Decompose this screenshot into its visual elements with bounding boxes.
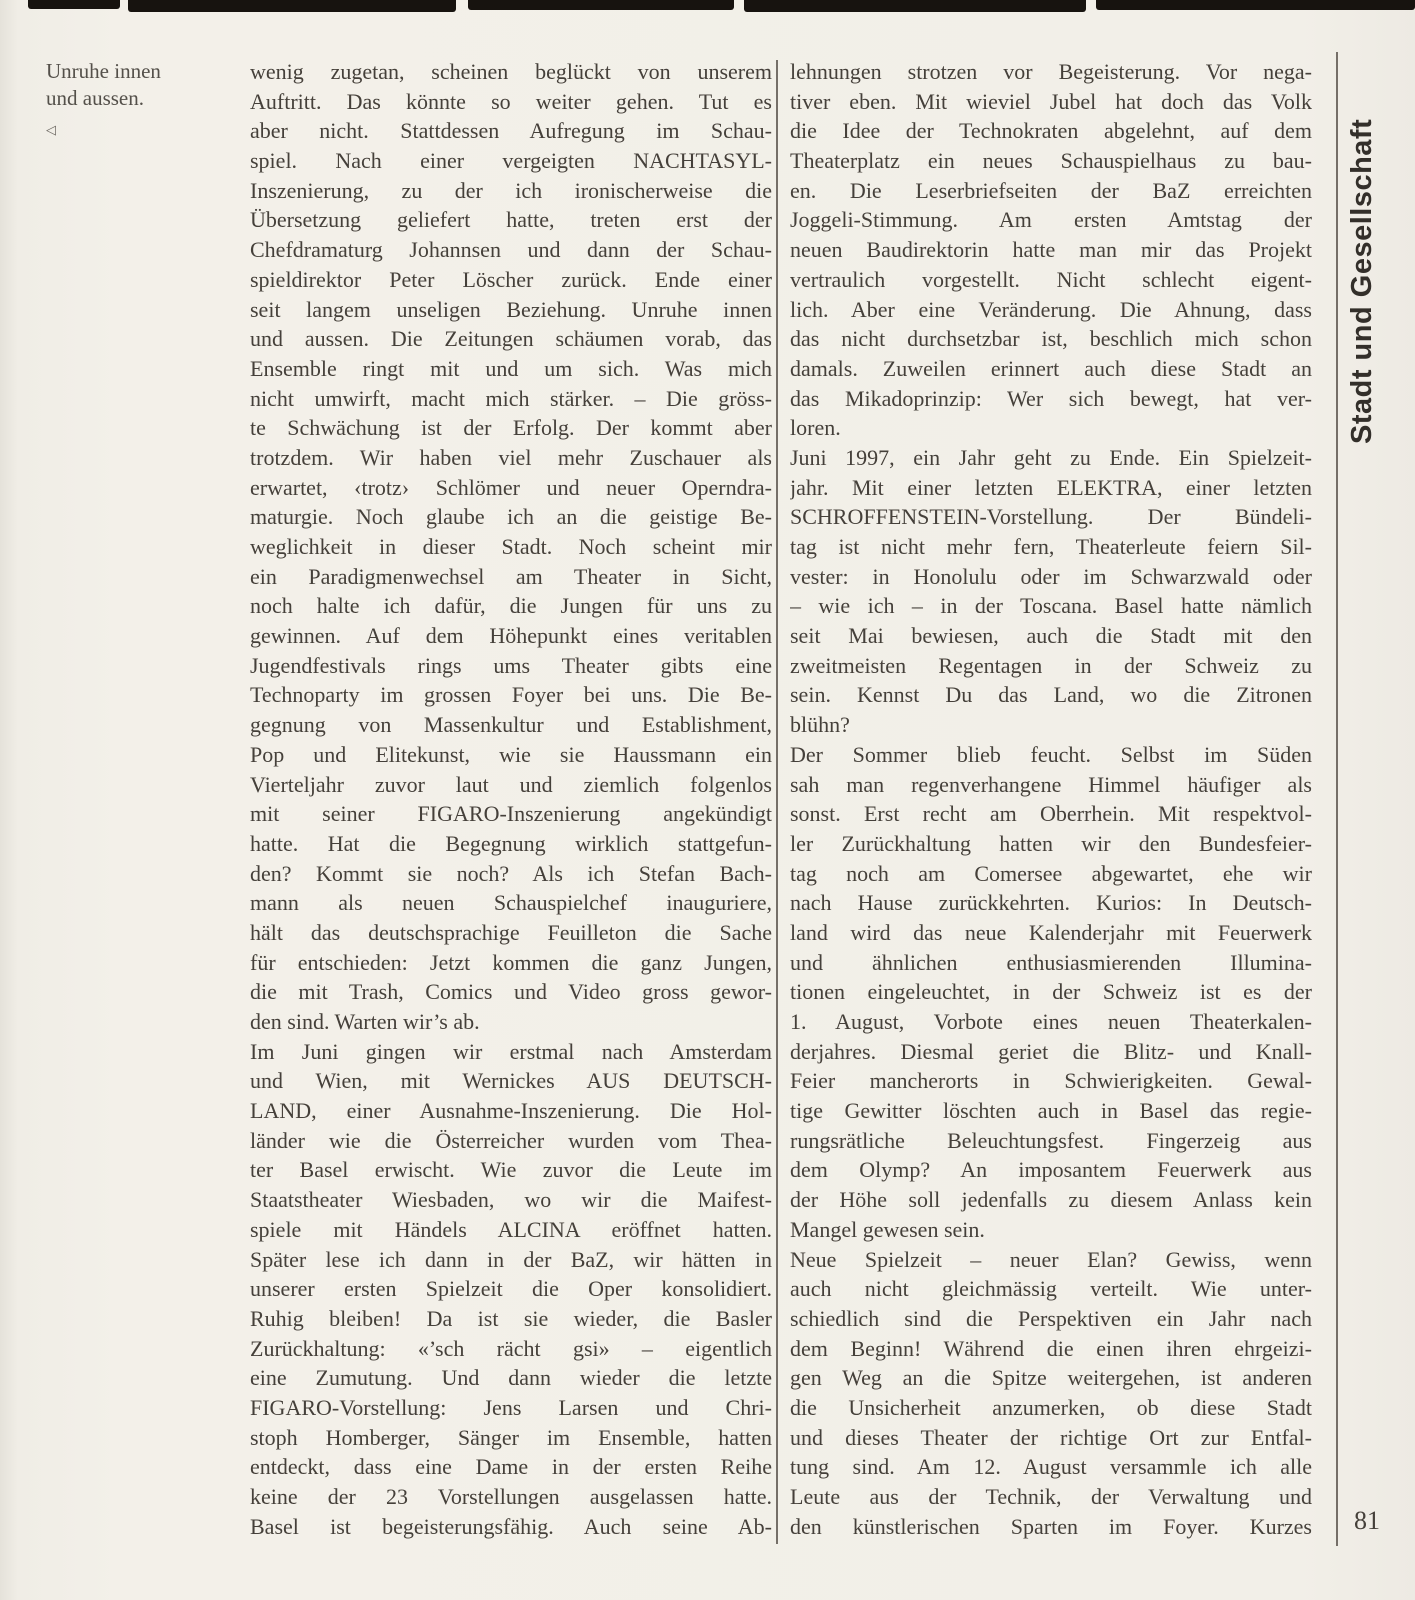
text-line: das Mikadoprinzip: Wer sich bewegt, hat …: [790, 384, 1312, 414]
text-line: die Idee der Technokraten abgelehnt, auf…: [790, 116, 1312, 146]
scan-edge-artifact: [0, 0, 1415, 14]
text-line: Ruhig bleiben! Da ist sie wieder, die Ba…: [250, 1304, 772, 1334]
text-line: Im Juni gingen wir erstmal nach Amsterda…: [250, 1037, 772, 1067]
text-line: spiele mit Händels ALCINA eröffnet hatte…: [250, 1215, 772, 1245]
text-line: spieldirektor Peter Löscher zurück. Ende…: [250, 265, 772, 295]
text-line: sonst. Erst recht am Oberrhein. Mit resp…: [790, 799, 1312, 829]
text-line: Mangel gewesen sein.: [790, 1215, 1312, 1245]
margin-note-line: und aussen.: [46, 85, 241, 112]
text-line: ein Paradigmenwechsel am Theater in Sich…: [250, 562, 772, 592]
text-line: SCHROFFENSTEIN-Vorstellung. Der Bündeli-: [790, 502, 1312, 532]
text-line: für entschieden: Jetzt kommen die ganz J…: [250, 948, 772, 978]
text-line: – wie ich – in der Toscana. Basel hatte …: [790, 591, 1312, 621]
text-line: lich. Aber eine Veränderung. Die Ahnung,…: [790, 295, 1312, 325]
text-line: rungsrätliche Beleuchtungsfest. Fingerze…: [790, 1126, 1312, 1156]
text-line: Leute aus der Technik, der Verwaltung un…: [790, 1482, 1312, 1512]
text-line: mann als neuen Schauspielchef inaugurier…: [250, 888, 772, 918]
text-line: en. Die Leserbriefseiten der BaZ erreich…: [790, 176, 1312, 206]
text-line: trotzdem. Wir haben viel mehr Zuschauer …: [250, 443, 772, 473]
text-line: neuen Baudirektorin hatte man mir das Pr…: [790, 235, 1312, 265]
text-line: tag ist nicht mehr fern, Theaterleute fe…: [790, 532, 1312, 562]
text-line: Feier mancherorts in Schwierigkeiten. Ge…: [790, 1066, 1312, 1096]
text-line: Zurückhaltung: «’sch rächt gsi» – eigent…: [250, 1334, 772, 1364]
text-line: Basel ist begeisterungsfähig. Auch seine…: [250, 1512, 772, 1542]
text-line: tung sind. Am 12. August versammle ich a…: [790, 1452, 1312, 1482]
text-line: mit seiner FIGARO-Inszenierung angekündi…: [250, 799, 772, 829]
text-line: die mit Trash, Comics und Video gross ge…: [250, 977, 772, 1007]
text-line: Staatstheater Wiesbaden, wo wir die Maif…: [250, 1185, 772, 1215]
text-line: den? Kommt sie noch? Als ich Stefan Bach…: [250, 859, 772, 889]
chapter-side-label: Stadt und Gesellschaft: [1346, 52, 1390, 444]
text-line: unserer ersten Spielzeit die Oper konsol…: [250, 1274, 772, 1304]
text-line: gewinnen. Auf dem Höhepunkt eines verita…: [250, 621, 772, 651]
text-line: und aussen. Die Zeitungen schäumen vorab…: [250, 324, 772, 354]
text-line: blühn?: [790, 710, 1312, 740]
text-line: seit Mai bewiesen, auch die Stadt mit de…: [790, 621, 1312, 651]
text-line: Joggeli-Stimmung. Am ersten Amtstag der: [790, 205, 1312, 235]
page-number: 81: [1354, 1506, 1380, 1536]
text-line: Juni 1997, ein Jahr geht zu Ende. Ein Sp…: [790, 443, 1312, 473]
text-line: vester: in Honolulu oder im Schwarzwald …: [790, 562, 1312, 592]
text-line: nicht umwirft, macht mich stärker. – Die…: [250, 384, 772, 414]
text-line: Theaterplatz ein neues Schauspielhaus zu…: [790, 146, 1312, 176]
text-line: tige Gewitter löschten auch in Basel das…: [790, 1096, 1312, 1126]
text-line: Übersetzung geliefert hatte, treten erst…: [250, 205, 772, 235]
text-line: 1. August, Vorbote eines neuen Theaterka…: [790, 1007, 1312, 1037]
text-line: sah man regenverhangene Himmel häufiger …: [790, 770, 1312, 800]
text-line: loren.: [790, 413, 1312, 443]
text-line: maturgie. Noch glaube ich an die geistig…: [250, 502, 772, 532]
margin-note-line: Unruhe innen: [46, 58, 241, 85]
text-line: FIGARO-Vorstellung: Jens Larsen und Chri…: [250, 1393, 772, 1423]
text-line: Vierteljahr zuvor laut und ziemlich folg…: [250, 770, 772, 800]
text-line: den künstlerischen Sparten im Foyer. Kur…: [790, 1512, 1312, 1542]
right-text-column: lehnungen strotzen vor Begeisterung. Vor…: [790, 57, 1312, 1541]
text-line: Inszenierung, zu der ich ironischerweise…: [250, 176, 772, 206]
text-line: Jugendfestivals rings ums Theater gibts …: [250, 651, 772, 681]
text-line: dem Beginn! Während die einen ihren ehrg…: [790, 1334, 1312, 1364]
text-line: damals. Zuweilen erinnert auch diese Sta…: [790, 354, 1312, 384]
text-line: seit langem unseligen Beziehung. Unruhe …: [250, 295, 772, 325]
text-line: hält das deutschsprachige Feuilleton die…: [250, 918, 772, 948]
text-line: wenig zugetan, scheinen beglückt von uns…: [250, 57, 772, 87]
column-divider-rule: [776, 60, 778, 1544]
text-line: erwartet, ‹trotz› Schlömer und neuer Ope…: [250, 473, 772, 503]
text-line: schiedlich sind die Perspektiven ein Jah…: [790, 1304, 1312, 1334]
text-line: und dieses Theater der richtige Ort zur …: [790, 1423, 1312, 1453]
text-line: noch halte ich dafür, die Jungen für uns…: [250, 591, 772, 621]
text-line: gegnung von Massenkultur und Establishme…: [250, 710, 772, 740]
book-page: Unruhe innenund aussen. ◁ wenig zugetan,…: [0, 0, 1415, 1600]
text-line: aber nicht. Stattdessen Aufregung im Sch…: [250, 116, 772, 146]
text-line: das nicht durchsetzbar ist, beschlich mi…: [790, 324, 1312, 354]
text-line: tiver eben. Mit wieviel Jubel hat doch d…: [790, 87, 1312, 117]
text-line: hatte. Hat die Begegnung wirklich stattg…: [250, 829, 772, 859]
text-line: land wird das neue Kalenderjahr mit Feue…: [790, 918, 1312, 948]
margin-note: Unruhe innenund aussen. ◁: [46, 58, 241, 143]
text-line: stoph Homberger, Sänger im Ensemble, hat…: [250, 1423, 772, 1453]
text-line: eine Zumutung. Und dann wieder die letzt…: [250, 1363, 772, 1393]
text-line: derjahres. Diesmal geriet die Blitz- und…: [790, 1037, 1312, 1067]
text-line: entdeckt, dass eine Dame in der ersten R…: [250, 1452, 772, 1482]
text-line: die Unsicherheit anzumerken, ob diese St…: [790, 1393, 1312, 1423]
text-line: Später lese ich dann in der BaZ, wir hät…: [250, 1245, 772, 1275]
margin-rule: [1336, 52, 1338, 1546]
text-line: tag noch am Comersee abgewartet, ehe wir: [790, 859, 1312, 889]
text-line: sein. Kennst Du das Land, wo die Zitrone…: [790, 680, 1312, 710]
text-line: Auftritt. Das könnte so weiter gehen. Tu…: [250, 87, 772, 117]
text-line: jahr. Mit einer letzten ELEKTRA, einer l…: [790, 473, 1312, 503]
text-line: tionen eingeleuchtet, in der Schweiz ist…: [790, 977, 1312, 1007]
text-line: Pop und Elitekunst, wie sie Haussmann ei…: [250, 740, 772, 770]
text-line: länder wie die Österreicher wurden vom T…: [250, 1126, 772, 1156]
text-line: Der Sommer blieb feucht. Selbst im Süden: [790, 740, 1312, 770]
text-line: und ähnlichen enthusiasmierenden Illumin…: [790, 948, 1312, 978]
text-line: LAND, einer Ausnahme-Inszenierung. Die H…: [250, 1096, 772, 1126]
text-line: gen Weg an die Spitze weitergehen, ist a…: [790, 1363, 1312, 1393]
text-line: lehnungen strotzen vor Begeisterung. Vor…: [790, 57, 1312, 87]
text-line: keine der 23 Vorstellungen ausgelassen h…: [250, 1482, 772, 1512]
left-text-column: wenig zugetan, scheinen beglückt von uns…: [250, 57, 772, 1541]
text-line: ter Basel erwischt. Wie zuvor die Leute …: [250, 1155, 772, 1185]
text-line: Technoparty im grossen Foyer bei uns. Di…: [250, 680, 772, 710]
text-line: te Schwächung ist der Erfolg. Der kommt …: [250, 413, 772, 443]
text-line: dem Olymp? An imposantem Feuerwerk aus: [790, 1155, 1312, 1185]
text-line: Neue Spielzeit – neuer Elan? Gewiss, wen…: [790, 1245, 1312, 1275]
text-line: weglichkeit in dieser Stadt. Noch schein…: [250, 532, 772, 562]
text-line: ler Zurückhaltung hatten wir den Bundesf…: [790, 829, 1312, 859]
text-line: und Wien, mit Wernickes AUS DEUTSCH-: [250, 1066, 772, 1096]
text-line: zweitmeisten Regentagen in der Schweiz z…: [790, 651, 1312, 681]
text-line: Chefdramaturg Johannsen und dann der Sch…: [250, 235, 772, 265]
text-line: nach Hause zurückkehrten. Kurios: In Deu…: [790, 888, 1312, 918]
margin-note-text: Unruhe innenund aussen.: [46, 58, 241, 112]
triangle-marker-icon: ◁: [46, 116, 241, 143]
text-line: vertraulich vorgestellt. Nicht schlecht …: [790, 265, 1312, 295]
text-line: der Höhe soll jedenfalls zu diesem Anlas…: [790, 1185, 1312, 1215]
text-line: Ensemble ringt mit und um sich. Was mich: [250, 354, 772, 384]
text-line: den sind. Warten wir’s ab.: [250, 1007, 772, 1037]
text-line: spiel. Nach einer vergeigten NACHTASYL-: [250, 146, 772, 176]
text-line: auch nicht gleichmässig verteilt. Wie un…: [790, 1274, 1312, 1304]
